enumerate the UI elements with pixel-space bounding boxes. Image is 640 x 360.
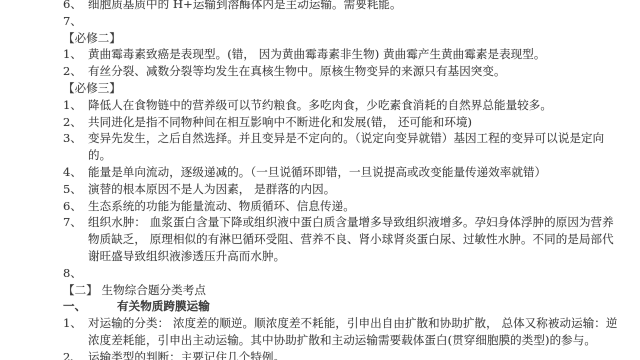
line-text: 组织水肿： 血浆蛋白含量下降或组织液中蛋白质含量增多导致组织液增多。孕妇身体浮肿… (88, 215, 614, 229)
text-line: 2、有丝分裂、减数分裂等均发生在真核生物中。原核生物变异的来源只有基因突变。 (63, 63, 630, 80)
list-marker: 8、 (63, 265, 88, 282)
text-line: 【必修二】 (63, 30, 630, 47)
text-line: 物质缺乏， 原理相似的有淋巴循环受阻、营养不良、肾小球肾炎蛋白尿、过敏性水肿。不… (63, 231, 630, 248)
line-text: 【必修三】 (63, 81, 121, 95)
list-marker: 7、 (63, 214, 88, 231)
line-text: 【二】 生物综合题分类考点 (63, 283, 206, 297)
line-text: 有关物质跨膜运输 (117, 299, 210, 313)
text-line: 的。 (63, 147, 630, 164)
text-line: 2、运输类型的判断：主要记住几个特例。 (63, 349, 630, 360)
list-marker: 2、 (63, 63, 88, 80)
text-line: 7、组织水肿： 血浆蛋白含量下降或组织液中蛋白质含量增多导致组织液增多。孕妇身体… (63, 214, 630, 231)
line-text: 降低人在食物链中的营养级可以节约粮食。多吃肉食，少吃素食消耗的自然界总能量较多。 (88, 98, 552, 112)
line-text: 细胞质基质中的 H+运输到溶酶体内是主动运输。需要耗能。 (88, 0, 402, 11)
list-marker: 一、 (63, 298, 117, 315)
text-line: 一、有关物质跨膜运输 (63, 298, 630, 315)
text-line: 浓度差耗能，引申出主动运输。其中协助扩散和主动运输需要载体蛋白(贯穿细胞膜的类型… (63, 332, 630, 349)
line-text: 【必修二】 (63, 31, 121, 45)
line-text: 对运输的分类： 浓度差的顺逆。顺浓度差不耗能，引申出自由扩散和协助扩散， 总体又… (88, 316, 618, 330)
line-text: 黄曲霉毒素致癌是表现型。(错， 因为黄曲霉毒素非生物) 黄曲霉产生黄曲霉素是表现… (88, 47, 545, 61)
text-line: 谢旺盛导致组织液渗透压升高而水肿。 (63, 248, 630, 265)
line-text: 物质缺乏， 原理相似的有淋巴循环受阻、营养不良、肾小球肾炎蛋白尿、过敏性水肿。不… (88, 232, 614, 246)
text-line: 2、共同进化是指不同物种间在相互影响中不断进化和发展(错， 还可能和环境) (63, 114, 630, 131)
line-text: 的。 (88, 148, 111, 162)
line-text: 浓度差耗能，引申出主动运输。其中协助扩散和主动运输需要载体蛋白(贯穿细胞膜的类型… (88, 333, 596, 347)
line-text: 变异先发生，之后自然选择。并且变异是不定向的。（说定向变异就错）基因工程的变异可… (88, 131, 604, 145)
list-marker: 3、 (63, 130, 88, 147)
line-text: 有丝分裂、减数分裂等均发生在真核生物中。原核生物变异的来源只有基因突变。 (88, 64, 506, 78)
text-line: 6、生态系统的功能为能量流动、物质循环、信息传递。 (63, 198, 630, 215)
text-line: 【必修三】 (63, 80, 630, 97)
text-line: 7、 (63, 13, 630, 30)
list-marker: 5、 (63, 181, 88, 198)
list-marker: 2、 (63, 349, 88, 360)
text-line: 4、能量是单向流动，逐级递减的。（一旦说循环即错，一旦说提高或改变能量传递效率就… (63, 164, 630, 181)
line-text: 演替的根本原因不是人为因素， 是群落的内因。 (88, 182, 335, 196)
list-marker: 6、 (63, 0, 88, 13)
list-marker: 2、 (63, 114, 88, 131)
document-body: 6、细胞质基质中的 H+运输到溶酶体内是主动运输。需要耗能。7、【必修二】1、黄… (0, 0, 640, 360)
list-marker: 1、 (63, 315, 88, 332)
text-line: 1、降低人在食物链中的营养级可以节约粮食。多吃肉食，少吃素食消耗的自然界总能量较… (63, 97, 630, 114)
list-marker: 1、 (63, 97, 88, 114)
line-text: 运输类型的判断：主要记住几个特例。 (88, 350, 285, 360)
line-text: 生态系统的功能为能量流动、物质循环、信息传递。 (88, 199, 355, 213)
list-marker: 7、 (63, 13, 88, 30)
list-marker: 1、 (63, 46, 88, 63)
list-marker: 6、 (63, 198, 88, 215)
text-line: 【二】 生物综合题分类考点 (63, 282, 630, 299)
text-line: 5、演替的根本原因不是人为因素， 是群落的内因。 (63, 181, 630, 198)
text-line: 6、细胞质基质中的 H+运输到溶酶体内是主动运输。需要耗能。 (63, 0, 630, 13)
text-line: 1、黄曲霉毒素致癌是表现型。(错， 因为黄曲霉毒素非生物) 黄曲霉产生黄曲霉素是… (63, 46, 630, 63)
line-text: 谢旺盛导致组织液渗透压升高而水肿。 (88, 249, 285, 263)
text-line: 3、变异先发生，之后自然选择。并且变异是不定向的。（说定向变异就错）基因工程的变… (63, 130, 630, 147)
line-text: 能量是单向流动，逐级递减的。（一旦说循环即错，一旦说提高或改变能量传递效率就错） (88, 165, 546, 179)
list-marker: 4、 (63, 164, 88, 181)
line-text: 共同进化是指不同物种间在相互影响中不断进化和发展(错， 还可能和环境) (88, 115, 472, 129)
text-line: 1、对运输的分类： 浓度差的顺逆。顺浓度差不耗能，引申出自由扩散和协助扩散， 总… (63, 315, 630, 332)
text-line: 8、 (63, 265, 630, 282)
